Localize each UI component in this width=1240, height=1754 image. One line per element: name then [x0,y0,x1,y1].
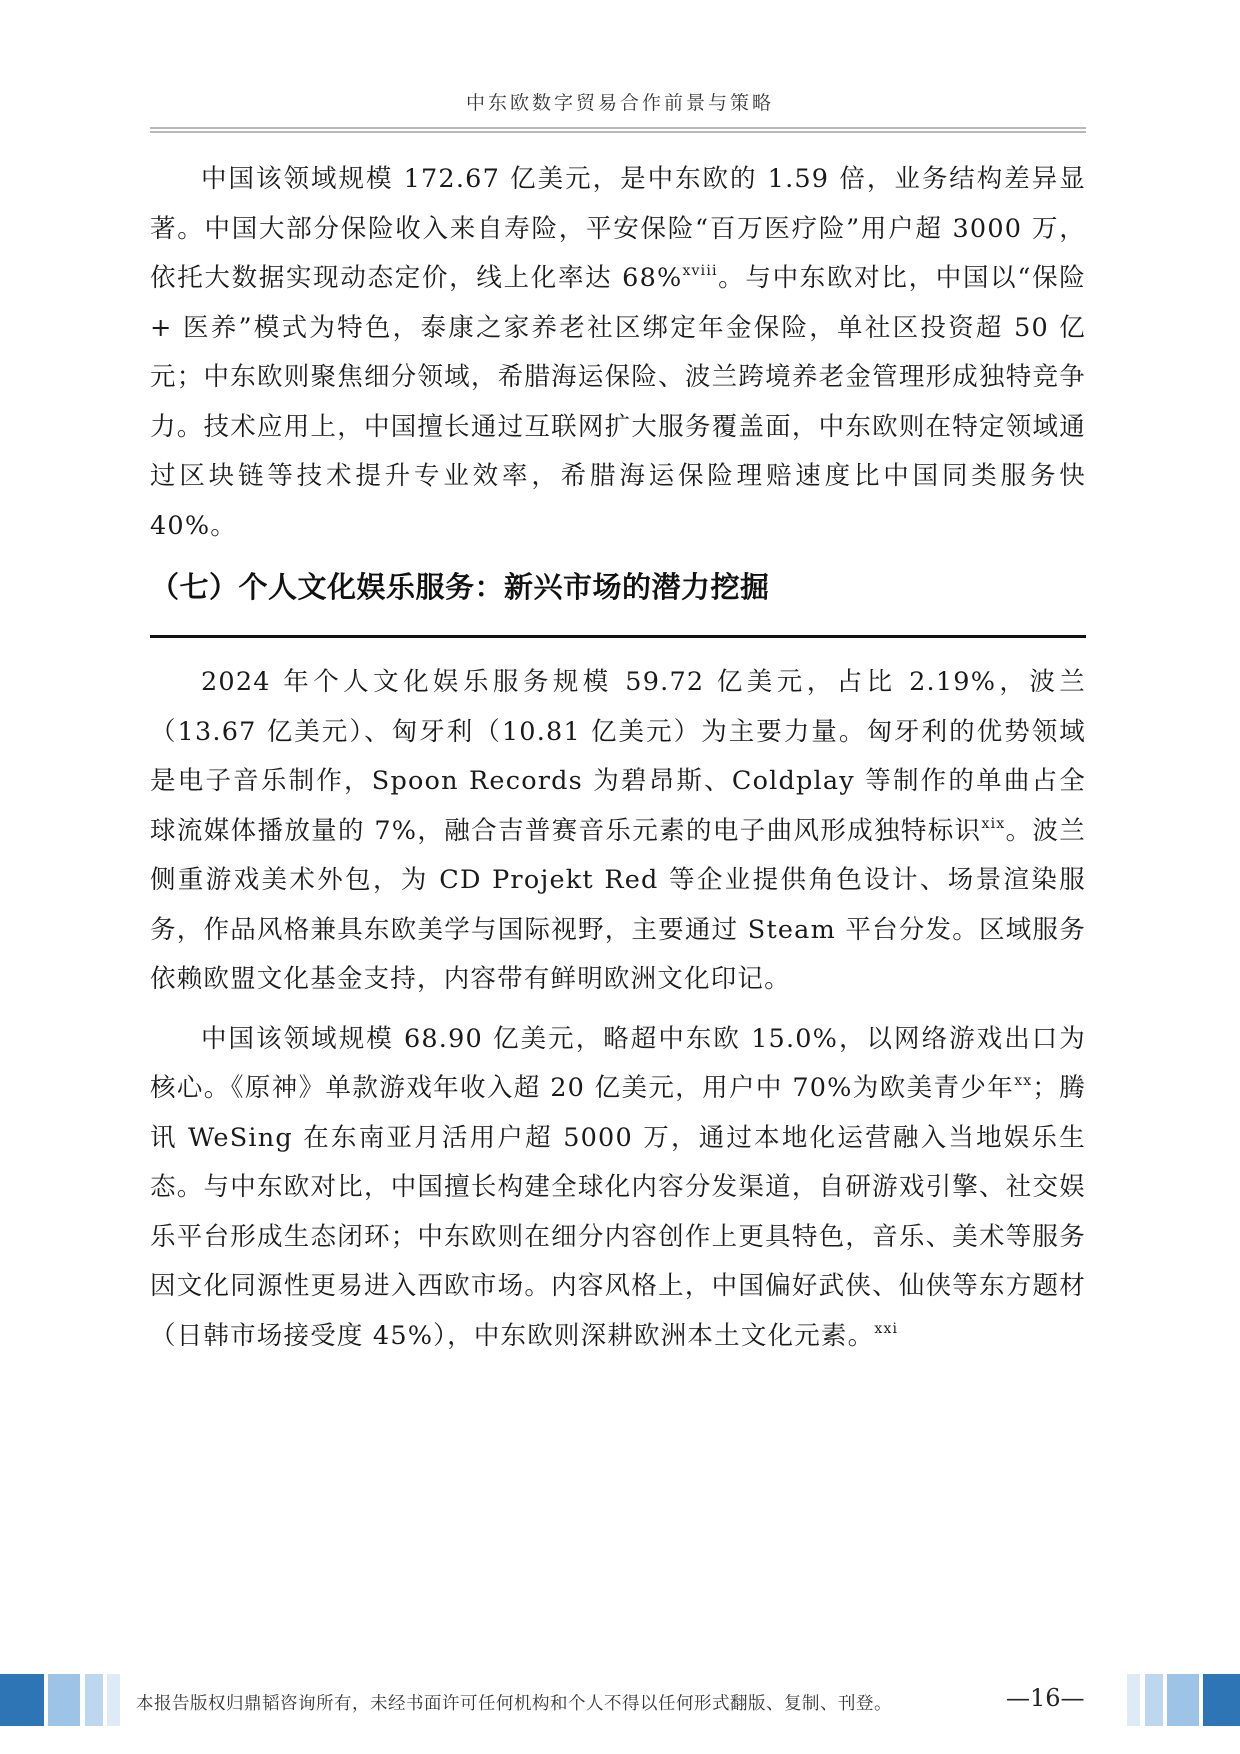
paragraph-insurance-comparison: 中国该领域规模 172.67 亿美元，是中东欧的 1.59 倍，业务结构差异显著… [150,155,1086,551]
page-number: —16— [1006,1684,1085,1712]
paragraph-text: 。与中东欧对比，中国以“保险 + 医养”模式为特色，泰康之家养老社区绑定年金保险… [150,263,1086,541]
footnote-ref[interactable]: xxi [874,1321,898,1337]
header-rule-top [150,127,1086,129]
paragraph-china-entertainment: 中国该领域规模 68.90 亿美元，略超中东欧 15.0%，以网络游戏出口为核心… [150,1015,1086,1362]
footnote-ref[interactable]: xix [982,816,1006,832]
footnote-ref[interactable]: xx [1014,1073,1032,1089]
footnote-ref[interactable]: xviii [682,263,717,279]
paragraph-text: 中国该领域规模 68.90 亿美元，略超中东欧 15.0%，以网络游戏出口为核心… [150,1024,1086,1104]
footer-bar-light-right [1145,1674,1163,1726]
running-header-title: 中东欧数字贸易合作前景与策略 [0,88,1240,115]
paragraph-text: ；腾讯 WeSing 在东南亚月活用户超 5000 万，通过本地化运营融入当地娱… [150,1073,1086,1351]
section-heading-rule [150,635,1086,638]
paragraph-cee-entertainment: 2024 年个人文化娱乐服务规模 59.72 亿美元，占比 2.19%，波兰（1… [150,658,1086,1005]
page-footer: 本报告版权归鼎韬咨询所有，未经书面许可任何机构和个人不得以任何形式翻版、复制、刊… [0,1674,1240,1726]
footer-bar-dark-right [1203,1674,1240,1726]
page-content: 中国该领域规模 172.67 亿美元，是中东欧的 1.59 倍，业务结构差异显著… [150,155,1086,1361]
footer-bar-mid [48,1674,80,1726]
footer-bar-pale-right [1127,1674,1140,1726]
footer-bar-pale [107,1674,120,1726]
header-rule-bottom [150,131,1086,133]
footer-bar-light [85,1674,103,1726]
paragraph-gap [150,1005,1086,1015]
section-heading: （七）个人文化娱乐服务：新兴市场的潜力挖掘 [150,563,1086,611]
footer-bar-mid-right [1167,1674,1199,1726]
footer-bar-dark [0,1674,44,1726]
copyright-notice: 本报告版权归鼎韬咨询所有，未经书面许可任何机构和个人不得以任何形式翻版、复制、刊… [136,1690,892,1715]
paragraph-text: 2024 年个人文化娱乐服务规模 59.72 亿美元，占比 2.19%，波兰（1… [150,667,1086,846]
